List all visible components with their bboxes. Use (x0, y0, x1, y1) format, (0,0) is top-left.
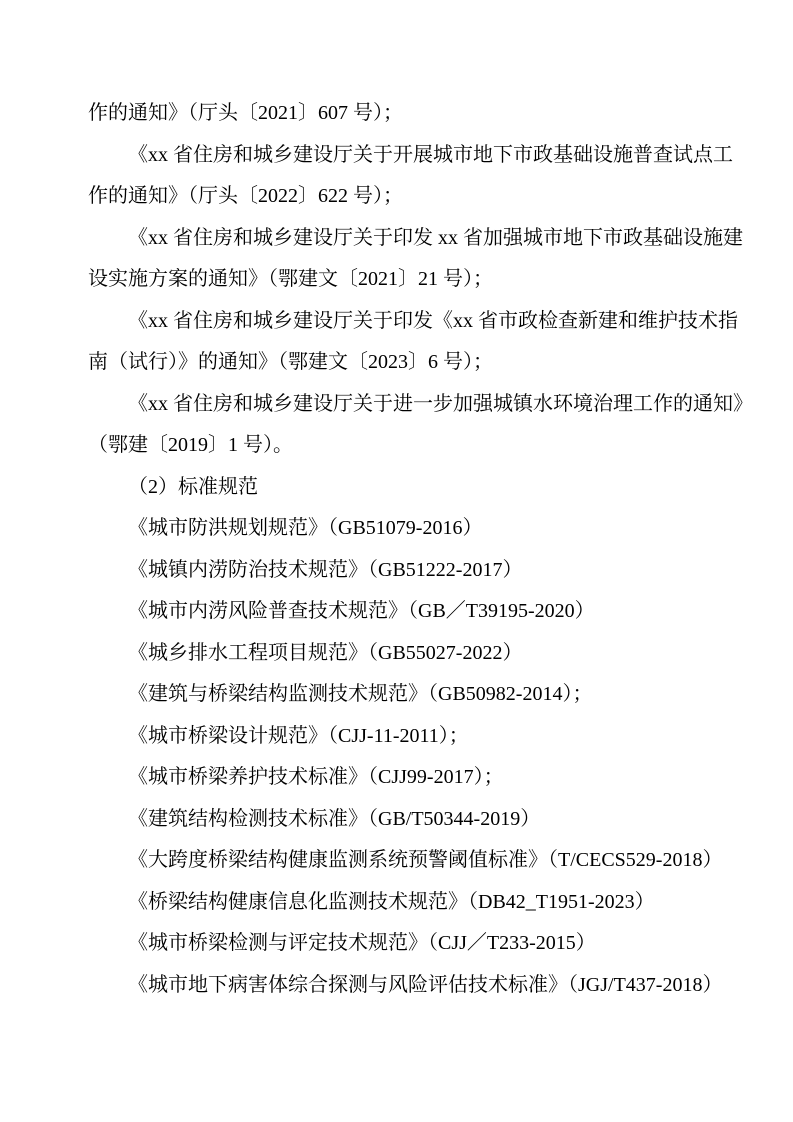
text-line: 《桥梁结构健康信息化监测技术规范》（DB42_T1951-2023） (88, 882, 745, 924)
text-line: 《城市内涝风险普查技术规范》（GB／T39195-2020） (88, 591, 745, 633)
text-line: 《城市防洪规划规范》（GB51079-2016） (88, 508, 745, 550)
document-page: 作的通知》（厅头〔2021〕607 号）；《xx 省住房和城乡建设厅关于开展城市… (0, 0, 793, 1122)
text-line: 作的通知》（厅头〔2021〕607 号）； (88, 93, 745, 135)
text-line: 《城市桥梁检测与评定技术规范》（CJJ／T233-2015） (88, 923, 745, 965)
text-line: 《xx 省住房和城乡建设厅关于印发《xx 省市政检查新建和维护技术指 (88, 301, 745, 343)
text-line: 《xx 省住房和城乡建设厅关于进一步加强城镇水环境治理工作的通知》 (88, 384, 745, 426)
text-line: 《建筑与桥梁结构监测技术规范》（GB50982-2014）； (88, 674, 745, 716)
text-line: 作的通知》（厅头〔2022〕622 号）； (88, 176, 745, 218)
text-line: 设实施方案的通知》（鄂建文〔2021〕21 号）； (88, 259, 745, 301)
text-line: 《城乡排水工程项目规范》（GB55027-2022） (88, 633, 745, 675)
text-line: 《建筑结构检测技术标准》（GB/T50344-2019） (88, 799, 745, 841)
text-line: 《城市桥梁设计规范》（CJJ-11-2011）； (88, 716, 745, 758)
text-line: 《大跨度桥梁结构健康监测系统预警阈值标准》（T/CECS529-2018） (88, 840, 745, 882)
text-line: （鄂建〔2019〕1 号）。 (88, 425, 745, 467)
text-line: 《城镇内涝防治技术规范》（GB51222-2017） (88, 550, 745, 592)
text-line: 南（试行）》的通知》（鄂建文〔2023〕6 号）； (88, 342, 745, 384)
text-line: 《城市地下病害体综合探测与风险评估技术标准》（JGJ/T437-2018） (88, 965, 745, 1007)
document-text-block: 作的通知》（厅头〔2021〕607 号）；《xx 省住房和城乡建设厅关于开展城市… (88, 93, 745, 1006)
text-line: 《城市桥梁养护技术标准》（CJJ99-2017）； (88, 757, 745, 799)
text-line: （2）标准规范 (88, 467, 745, 509)
text-line: 《xx 省住房和城乡建设厅关于开展城市地下市政基础设施普查试点工 (88, 135, 745, 177)
text-line: 《xx 省住房和城乡建设厅关于印发 xx 省加强城市地下市政基础设施建 (88, 218, 745, 260)
